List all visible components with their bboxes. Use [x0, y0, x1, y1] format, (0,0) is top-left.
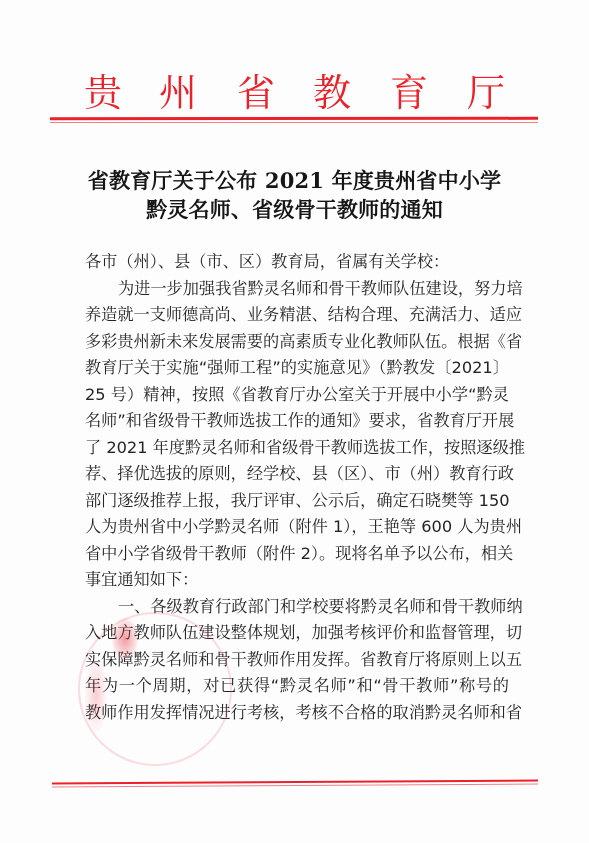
- body-line: 名师”和省级骨干教师选拔工作的通知》要求，省教育厅开展: [85, 408, 509, 435]
- body-line: 省中小学省级骨干教师（附件 2）。现将名单予以公布，相关: [85, 541, 509, 568]
- footer-divider-thin: [52, 784, 538, 788]
- header-divider-thick: [50, 117, 538, 120]
- header-divider-thin: [50, 122, 538, 123]
- salutation: 各市（州）、县（市、区）教育局，省属有关学校：: [85, 249, 509, 276]
- title-line-1: 省教育厅关于公布 2021 年度贵州省中小学: [0, 166, 589, 195]
- masthead-char: 教: [313, 70, 351, 116]
- body-line: 实保障黔灵名师和骨干教师作用发挥。省教育厅将原则上以五: [85, 647, 509, 674]
- document-body: 各市（州）、县（市、区）教育局，省属有关学校： 为进一步加强我省黔灵名师和骨干教…: [85, 249, 509, 726]
- title-line-2: 黔灵名师、省级骨干教师的通知: [0, 195, 589, 224]
- body-line: 教师作用发挥情况进行考核，考核不合格的取消黔灵名师和省: [85, 700, 509, 727]
- masthead-issuer: 贵 州 省 教 育 厅: [0, 70, 589, 116]
- body-line: 教育厅关于实施“强师工程”的实施意见》（黔教发〔2021〕: [85, 355, 509, 382]
- document-page: 贵 州 省 教 育 厅 省教育厅关于公布 2021 年度贵州省中小学 黔灵名师、…: [0, 0, 589, 843]
- masthead-char: 贵: [84, 70, 122, 116]
- body-line: 荐、择优选拔的原则，经学校、县（区）、市（州）教育行政: [85, 461, 509, 488]
- masthead-char: 州: [159, 70, 197, 116]
- body-line: 为进一步加强我省黔灵名师和骨干教师队伍建设，努力培: [85, 276, 509, 303]
- body-line: 25 号）精神，按照《省教育厅办公室关于开展中小学“黔灵: [85, 382, 509, 409]
- body-line: 养造就一支师德高尚、业务精湛、结构合理、充满活力、适应: [85, 302, 509, 329]
- masthead-char: 厅: [467, 70, 505, 116]
- masthead-char: 省: [237, 70, 275, 116]
- body-line: 了 2021 年度黔灵名师和省级骨干教师选拔工作，按照逐级推: [85, 435, 509, 462]
- body-line: 年为一个周期，对已获得“黔灵名师”和“骨干教师”称号的: [85, 673, 509, 700]
- body-line: 多彩贵州新未来发展需要的高素质专业化教师队伍。根据《省: [85, 329, 509, 356]
- body-line: 人为贵州省中小学黔灵名师（附件 1），王艳等 600 人为贵州: [85, 514, 509, 541]
- body-line: 入地方教师队伍建设整体规划，加强考核评价和监督管理，切: [85, 620, 509, 647]
- masthead-char: 育: [390, 70, 428, 116]
- body-line: 事宜通知如下：: [85, 567, 509, 594]
- body-line: 部门逐级推荐上报，我厅评审、公示后，确定石晓樊等 150: [85, 488, 509, 515]
- document-title: 省教育厅关于公布 2021 年度贵州省中小学 黔灵名师、省级骨干教师的通知: [0, 166, 589, 224]
- body-line: 一、各级教育行政部门和学校要将黔灵名师和骨干教师纳: [85, 594, 509, 621]
